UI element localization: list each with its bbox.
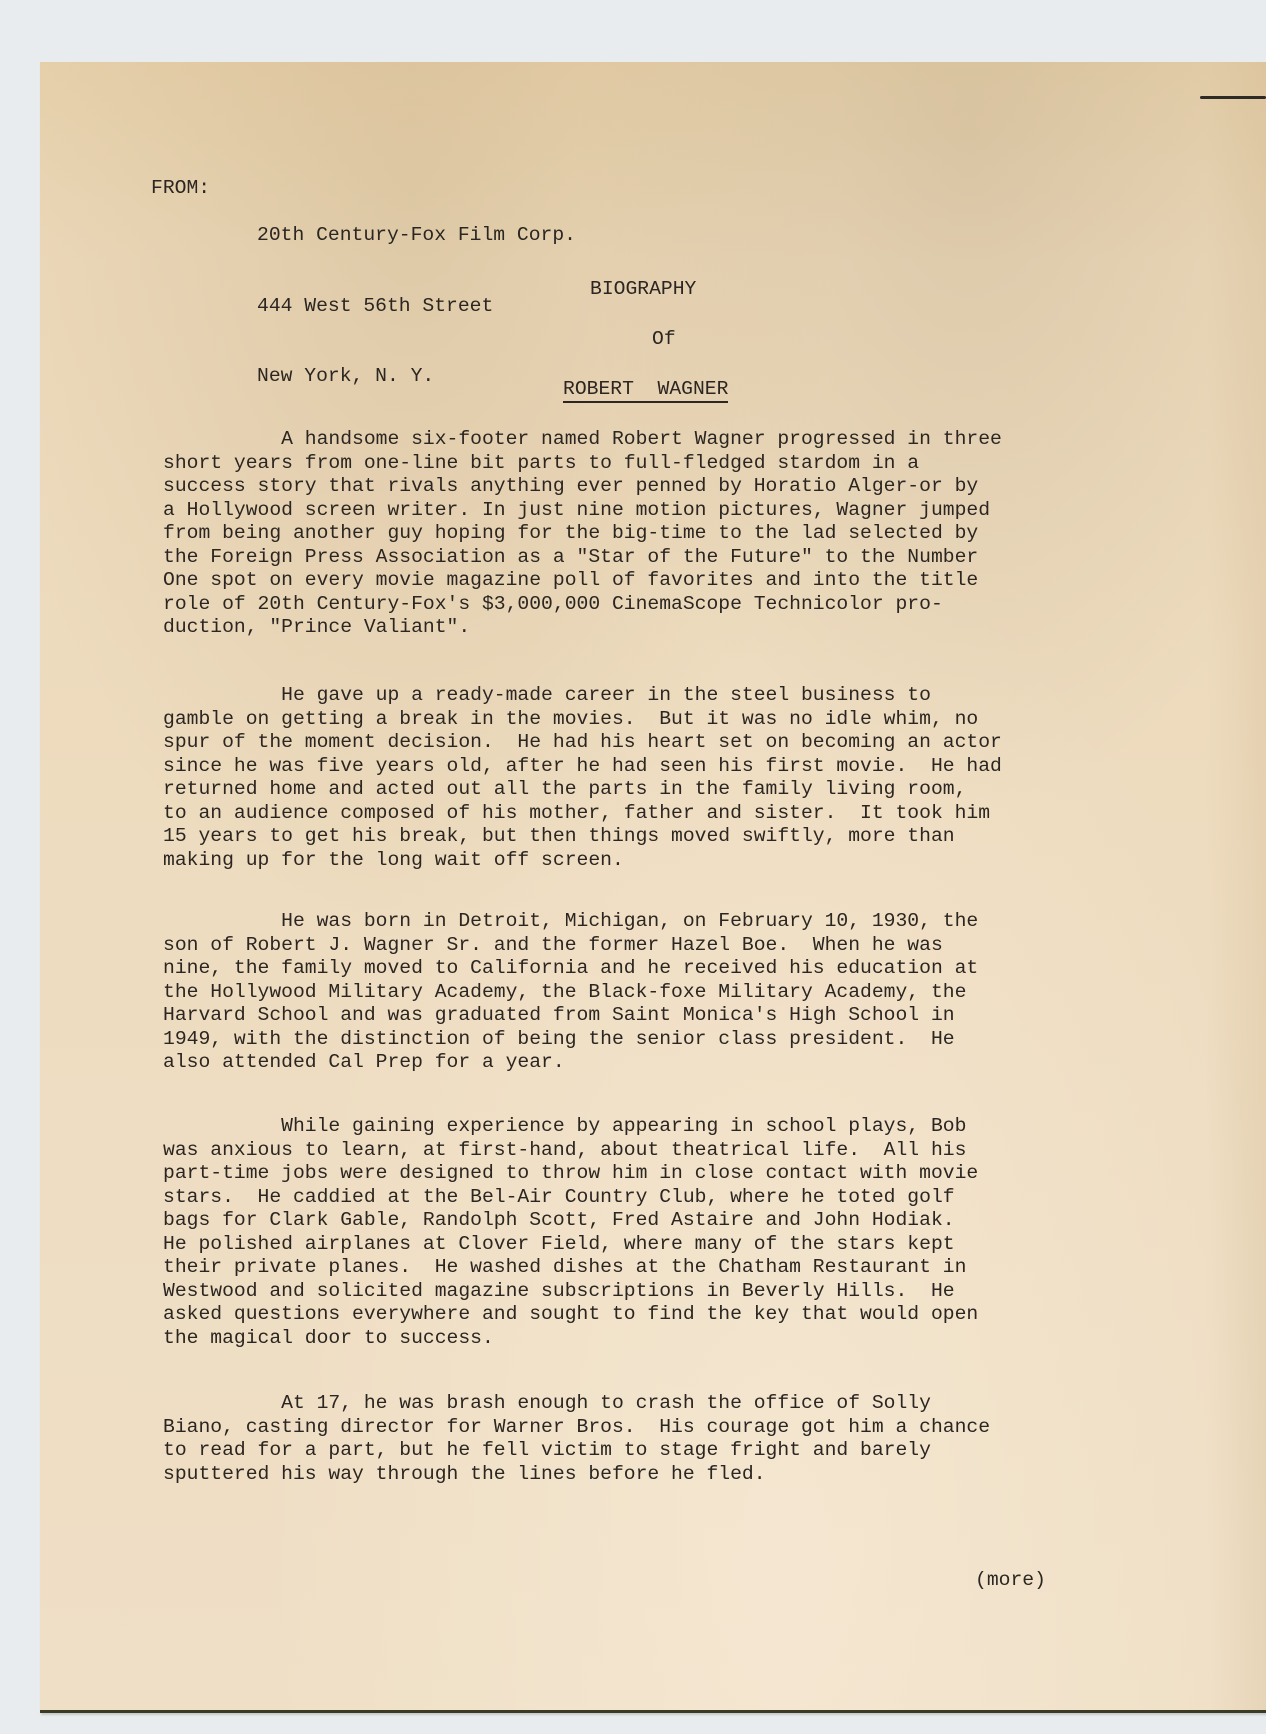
sender-street: 444 West 56th Street bbox=[257, 295, 576, 319]
text-line: While gaining experience by appearing in… bbox=[163, 1115, 1223, 1139]
text-line: to read for a part, but he fell victim t… bbox=[163, 1439, 1223, 1463]
text-line: part-time jobs were designed to throw hi… bbox=[163, 1162, 1223, 1186]
text-line: son of Robert J. Wagner Sr. and the form… bbox=[163, 934, 1223, 958]
text-line: asked questions everywhere and sought to… bbox=[163, 1303, 1223, 1327]
pencil-mark bbox=[1200, 96, 1266, 99]
text-line: nine, the family moved to California and… bbox=[163, 957, 1223, 981]
text-line: Harvard School and was graduated from Sa… bbox=[163, 1004, 1223, 1028]
text-line: success story that rivals anything ever … bbox=[163, 475, 1223, 499]
text-line: 1949, with the distinction of being the … bbox=[163, 1028, 1223, 1052]
text-line: Biano, casting director for Warner Bros.… bbox=[163, 1416, 1223, 1440]
title-connector: Of bbox=[652, 328, 676, 352]
text-line: making up for the long wait off screen. bbox=[163, 849, 1223, 873]
text-line: the magical door to success. bbox=[163, 1327, 1223, 1351]
text-line: their private planes. He washed dishes a… bbox=[163, 1256, 1223, 1280]
text-line: also attended Cal Prep for a year. bbox=[163, 1051, 1223, 1075]
document-title: BIOGRAPHY bbox=[590, 278, 696, 302]
text-line: sputtered his way through the lines befo… bbox=[163, 1463, 1223, 1487]
text-line: the Hollywood Military Academy, the Blac… bbox=[163, 981, 1223, 1005]
paragraph-5: At 17, he was brash enough to crash the … bbox=[163, 1392, 1223, 1486]
text-line: spur of the moment decision. He had his … bbox=[163, 731, 1223, 755]
sender-company: 20th Century-Fox Film Corp. bbox=[257, 224, 576, 248]
paragraph-1: A handsome six-footer named Robert Wagne… bbox=[163, 428, 1223, 640]
text-line: 15 years to get his break, but then thin… bbox=[163, 825, 1223, 849]
text-line: a Hollywood screen writer. In just nine … bbox=[163, 499, 1223, 523]
subject-name: ROBERT WAGNER bbox=[563, 378, 728, 402]
text-line: short years from one-line bit parts to f… bbox=[163, 452, 1223, 476]
sender-city: New York, N. Y. bbox=[257, 365, 576, 389]
subject-name-underlined: ROBERT WAGNER bbox=[563, 378, 728, 403]
continuation-marker: (more) bbox=[975, 1569, 1046, 1593]
text-line: He was born in Detroit, Michigan, on Feb… bbox=[163, 910, 1223, 934]
paragraph-4: While gaining experience by appearing in… bbox=[163, 1115, 1223, 1350]
text-line: bags for Clark Gable, Randolph Scott, Fr… bbox=[163, 1209, 1223, 1233]
text-line: to an audience composed of his mother, f… bbox=[163, 802, 1223, 826]
text-line: stars. He caddied at the Bel-Air Country… bbox=[163, 1186, 1223, 1210]
text-line: from being another guy hoping for the bi… bbox=[163, 522, 1223, 546]
text-line: the Foreign Press Association as a "Star… bbox=[163, 546, 1223, 570]
text-line: Westwood and solicited magazine subscrip… bbox=[163, 1280, 1223, 1304]
text-line: role of 20th Century-Fox's $3,000,000 Ci… bbox=[163, 593, 1223, 617]
text-line: One spot on every movie magazine poll of… bbox=[163, 569, 1223, 593]
text-line: He polished airplanes at Clover Field, w… bbox=[163, 1233, 1223, 1257]
text-line: gamble on getting a break in the movies.… bbox=[163, 708, 1223, 732]
text-line: since he was five years old, after he ha… bbox=[163, 755, 1223, 779]
from-label: FROM: bbox=[151, 177, 210, 201]
text-line: duction, "Prince Valiant". bbox=[163, 616, 1223, 640]
paragraph-2: He gave up a ready-made career in the st… bbox=[163, 684, 1223, 872]
text-line: returned home and acted out all the part… bbox=[163, 778, 1223, 802]
text-line: was anxious to learn, at first-hand, abo… bbox=[163, 1139, 1223, 1163]
sender-address-block: FROM: 20th Century-Fox Film Corp. 444 We… bbox=[151, 177, 175, 248]
text-line: At 17, he was brash enough to crash the … bbox=[163, 1392, 1223, 1416]
text-line: He gave up a ready-made career in the st… bbox=[163, 684, 1223, 708]
paragraph-3: He was born in Detroit, Michigan, on Feb… bbox=[163, 910, 1223, 1075]
sender-address: 20th Century-Fox Film Corp. 444 West 56t… bbox=[257, 177, 576, 436]
text-line: A handsome six-footer named Robert Wagne… bbox=[163, 428, 1223, 452]
